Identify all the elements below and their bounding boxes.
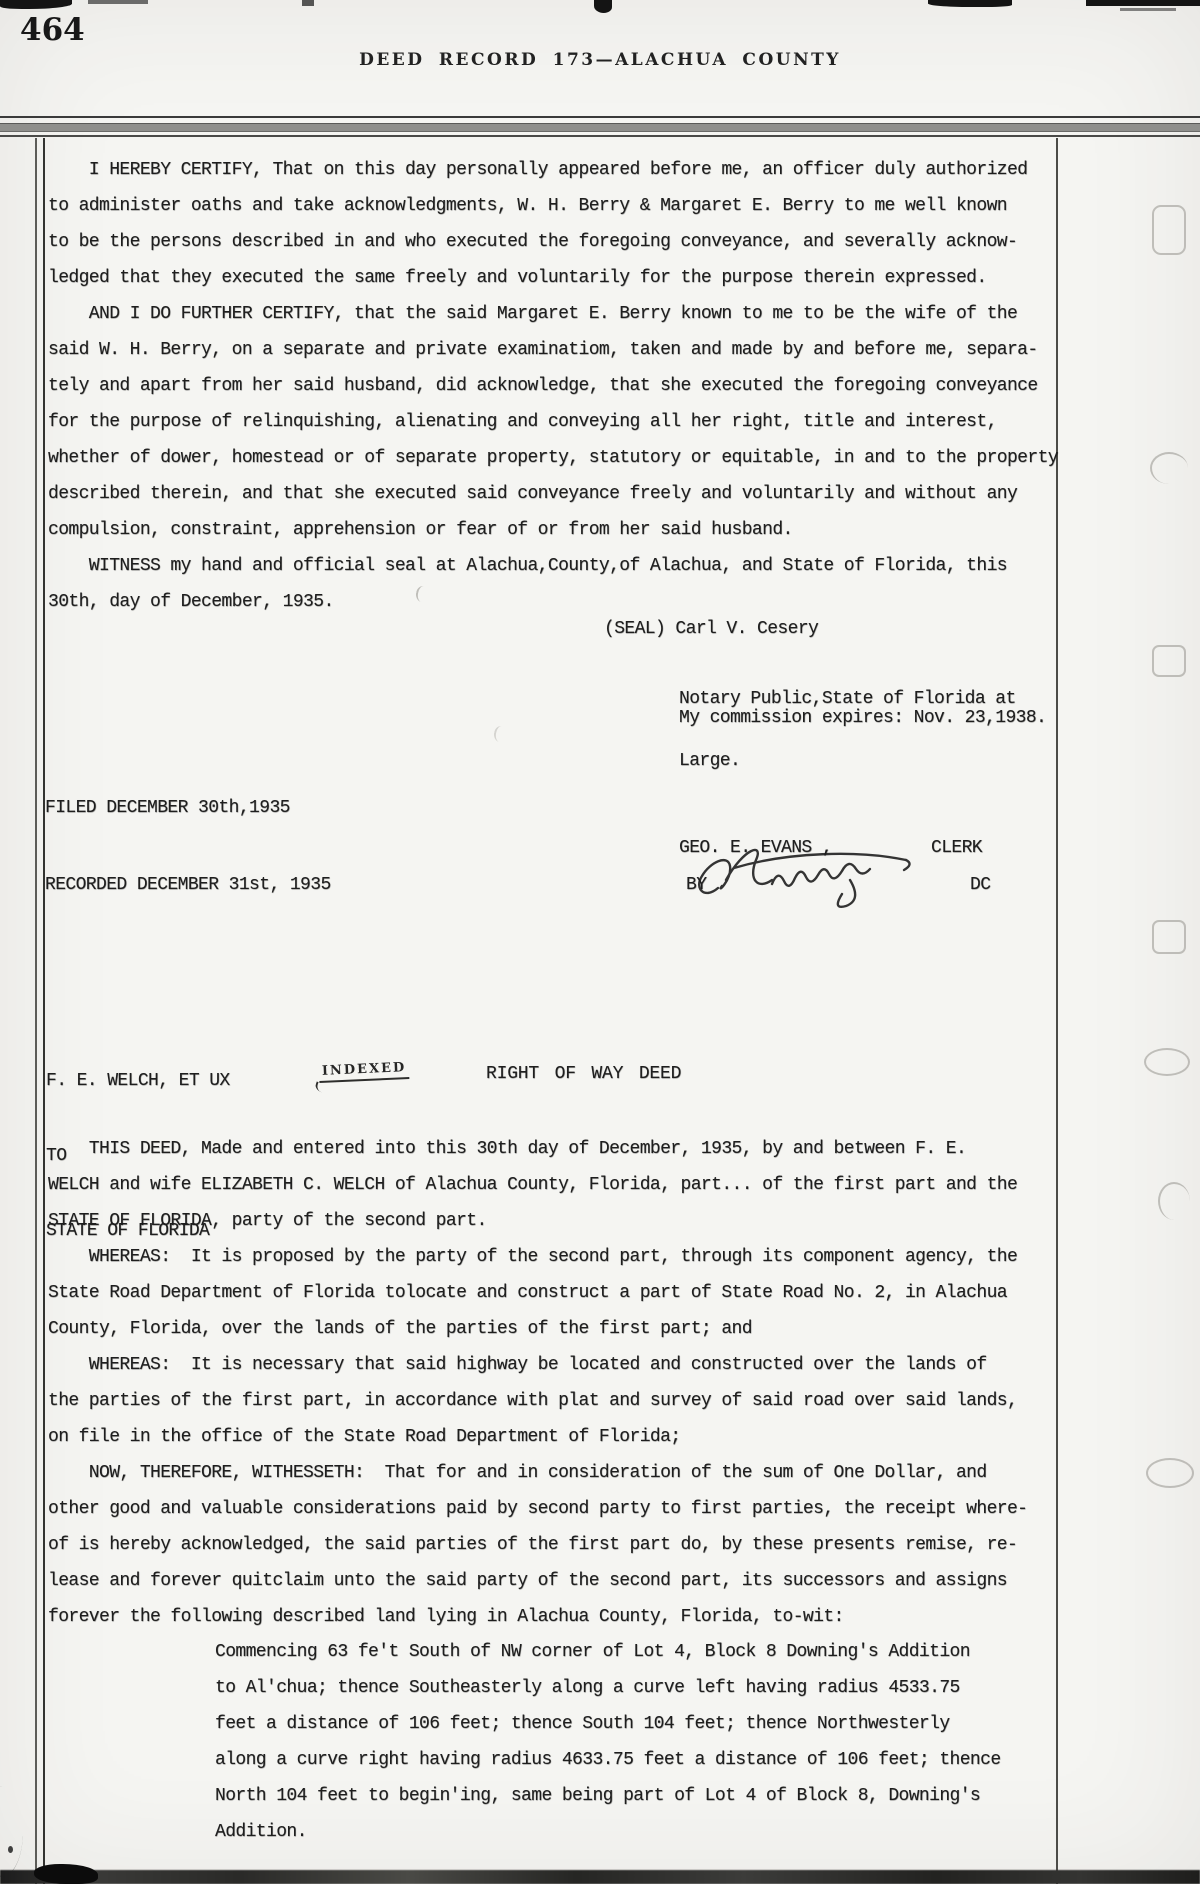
notary-title-line: Large.: [679, 750, 1016, 772]
scan-edge-band: [0, 1870, 1200, 1884]
punch-hole-mark: [1152, 920, 1186, 954]
legal-description-text: Commencing 63 fe't South of NW corner of…: [215, 1634, 1001, 1850]
text-line: described therein, and that she executed…: [48, 476, 1058, 512]
text-line: STATE OF FLORIDA, party of the second pa…: [48, 1203, 1027, 1239]
torn-edge-mark: [0, 0, 72, 9]
instrument-title: RIGHT OF WAY DEED: [486, 1056, 681, 1092]
punch-hole-mark: [1152, 205, 1186, 255]
torn-edge-mark: [594, 0, 612, 13]
punch-hole-mark: [1146, 1458, 1194, 1488]
text-line: I HEREBY CERTIFY, That on this day perso…: [48, 152, 1058, 188]
text-line: along a curve right having radius 4633.7…: [215, 1742, 1001, 1778]
punch-hole-mark: [1150, 452, 1188, 484]
text-line: said W. H. Berry, on a separate and priv…: [48, 332, 1058, 368]
deputy-clerk-initials: DC: [970, 867, 990, 903]
text-line: Commencing 63 fe't South of NW corner of…: [215, 1634, 1001, 1670]
recorded-date-line: RECORDED DECEMBER 31st, 1935: [45, 867, 331, 904]
text-line: feet a distance of 106 feet; thence Sout…: [215, 1706, 1001, 1742]
text-line: THIS DEED, Made and entered into this 30…: [48, 1131, 1027, 1167]
deed-body-text: THIS DEED, Made and entered into this 30…: [48, 1131, 1027, 1635]
scan-edge-blob: [34, 1864, 98, 1884]
clerk-signature: [692, 836, 942, 914]
header-rule-top: [0, 116, 1200, 118]
text-line: of is hereby acknowledged, the said part…: [48, 1527, 1027, 1563]
punch-hole-mark: [1152, 645, 1186, 677]
left-margin-rule-inner: [43, 138, 45, 1884]
punch-hole-mark: [1144, 1048, 1190, 1076]
text-line: State Road Department of Florida tolocat…: [48, 1275, 1027, 1311]
torn-edge-mark: [302, 0, 314, 6]
torn-edge-mark: [928, 0, 1012, 7]
header-rule-bottom: [0, 135, 1200, 137]
document-page: 464 DEED RECORD 173—ALACHUA COUNTY I HER…: [0, 0, 1200, 1884]
page-number: 464: [20, 12, 85, 48]
text-line: to Al'chua; thence Southeasterly along a…: [215, 1670, 1001, 1706]
text-line: the parties of the first part, in accord…: [48, 1383, 1027, 1419]
torn-edge-mark: [1086, 0, 1200, 6]
grantor-name: F. E. WELCH, ET UX: [46, 1064, 230, 1099]
text-line: tely and apart from her said husband, di…: [48, 368, 1058, 404]
text-line: compulsion, constraint, apprehension or …: [48, 512, 1058, 548]
page-header-title: DEED RECORD 173—ALACHUA COUNTY: [0, 50, 1200, 70]
text-line: Addition.: [215, 1814, 1001, 1850]
notary-seal-line: (SEAL) Carl V. Cesery: [604, 611, 818, 647]
text-line: NOW, THEREFORE, WITHESSETH: That for and…: [48, 1455, 1027, 1491]
text-line: to be the persons described in and who e…: [48, 224, 1058, 260]
indexed-stamp: INDEXED: [319, 1060, 410, 1083]
text-line: County, Florida, over the lands of the p…: [48, 1311, 1027, 1347]
commission-expiry-line: My commission expires: Nov. 23,1938.: [679, 700, 1046, 736]
filed-date-line: FILED DECEMBER 30th,1935: [45, 790, 331, 827]
text-line: AND I DO FURTHER CERTIFY, that the said …: [48, 296, 1058, 332]
smudge-mark: [492, 725, 508, 743]
text-line: ledged that they executed the same freel…: [48, 260, 1058, 296]
text-line: other good and valuable considerations p…: [48, 1491, 1027, 1527]
text-line: forever the following described land lyi…: [48, 1599, 1027, 1635]
text-line: on file in the office of the State Road …: [48, 1419, 1027, 1455]
indexed-stamp-flourish: [314, 1081, 328, 1093]
filing-block: FILED DECEMBER 30th,1935 RECORDED DECEMB…: [45, 750, 331, 944]
torn-edge-mark: [1120, 8, 1176, 11]
torn-edge-mark: [88, 0, 148, 4]
text-line: North 104 feet to begin'ing, same being …: [215, 1778, 1001, 1814]
text-line: to administer oaths and take acknowledgm…: [48, 188, 1058, 224]
text-line: for the purpose of relinquishing, aliena…: [48, 404, 1058, 440]
left-margin-rule-outer: [35, 138, 37, 1884]
header-rule-thick: [0, 123, 1200, 132]
text-line: WHEREAS: It is necessary that said highw…: [48, 1347, 1027, 1383]
text-line: 30th, day of December, 1935.: [48, 584, 1058, 620]
punch-hole-mark: [1158, 1182, 1190, 1220]
text-line: WITNESS my hand and official seal at Ala…: [48, 548, 1058, 584]
page-curl-mark: [0, 1786, 23, 1877]
text-line: WELCH and wife ELIZABETH C. WELCH of Ala…: [48, 1167, 1027, 1203]
text-line: lease and forever quitclaim unto the sai…: [48, 1563, 1027, 1599]
text-line: WHEREAS: It is proposed by the party of …: [48, 1239, 1027, 1275]
text-line: whether of dower, homestead or of separa…: [48, 440, 1058, 476]
notary-certificate-text: I HEREBY CERTIFY, That on this day perso…: [48, 152, 1058, 620]
